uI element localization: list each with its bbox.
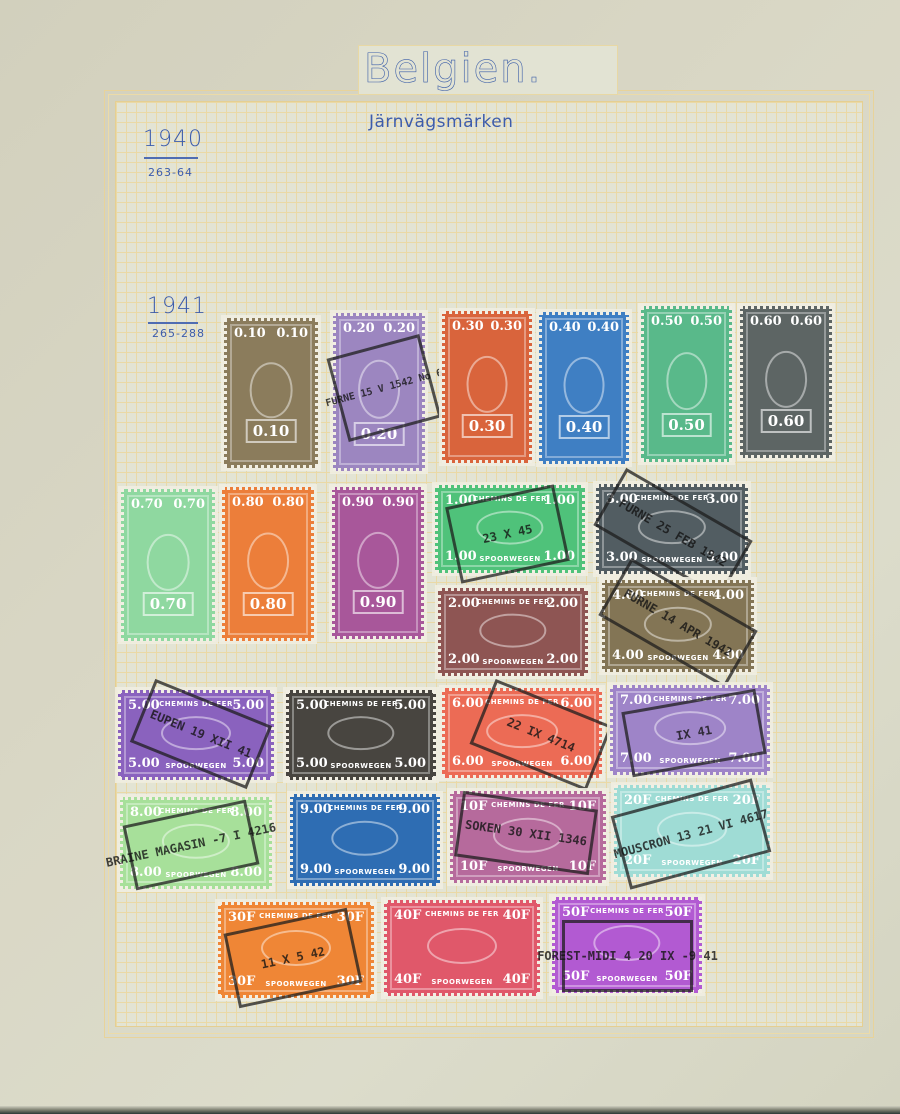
stamp-value-label: 0.90 xyxy=(340,495,376,511)
stamp-2-00: 2.002.002.002.00CHEMINS DE FERSPOORWEGEN xyxy=(438,588,588,676)
coat-of-arms-icon xyxy=(357,532,399,589)
stamp-value-center: 0.80 xyxy=(243,592,294,616)
stamp-value-label: 30F xyxy=(226,910,257,926)
stamp-top-label: CHEMINS DE FER xyxy=(476,598,550,606)
stamp-value-label: 0.80 xyxy=(230,495,266,511)
coat-of-arms-icon xyxy=(247,533,289,590)
stamp-bottom-label: SPOORWEGEN xyxy=(334,868,395,876)
stamp-value-label: 0.70 xyxy=(171,497,207,513)
year-underline xyxy=(148,322,198,324)
stamp-0-70: 0.700.700.70 xyxy=(121,489,215,641)
section-year-1940: 1940 xyxy=(143,127,203,152)
stamp-value-label: 9.00 xyxy=(396,862,432,878)
stamp-40F: 40F40F40F40FCHEMINS DE FERSPOORWEGEN xyxy=(384,900,540,996)
stamp-value-label: 2.00 xyxy=(446,652,482,668)
stamp-value-label: 3.00 xyxy=(704,492,740,508)
stamp-value-label: 0.30 xyxy=(488,319,524,335)
stamp-value-center: 0.10 xyxy=(246,419,297,443)
stamp-value-label: 0.40 xyxy=(547,320,583,336)
stamp-bottom-label: SPOORWEGEN xyxy=(330,762,391,770)
stamp-value-label: 0.10 xyxy=(232,326,268,342)
coat-of-arms-icon xyxy=(765,351,807,408)
page-title: Belgien. xyxy=(364,46,542,92)
stamp-top-label: CHEMINS DE FER xyxy=(324,700,398,708)
coat-of-arms-icon xyxy=(427,928,497,964)
stamp-top-label: CHEMINS DE FER xyxy=(425,910,499,918)
stamp-value-label: 10F xyxy=(458,859,489,875)
stamp-value-center: 0.70 xyxy=(143,592,194,616)
postmark-cancel: FOREST-MIDI 4 20 IX -9 41 xyxy=(562,920,693,992)
stamp-value-label: 40F xyxy=(501,908,532,924)
stamp-value-label: 2.00 xyxy=(544,652,580,668)
stamp-0-60: 0.600.600.60 xyxy=(740,306,832,458)
stamp-value-label: 0.80 xyxy=(270,495,306,511)
stamp-value-label: 50F xyxy=(663,905,694,921)
stamp-value-center: 0.40 xyxy=(559,415,610,439)
stamp-0-50: 0.500.500.50 xyxy=(641,306,732,462)
coat-of-arms-icon xyxy=(467,356,508,413)
stamp-value-label: 0.90 xyxy=(380,495,416,511)
coat-of-arms-icon xyxy=(331,821,398,856)
stamp-value-label: 0.50 xyxy=(649,314,685,330)
stamp-value-center: 0.60 xyxy=(761,409,812,433)
stamp-value-label: 6.00 xyxy=(450,696,486,712)
stamp-value-label: 0.50 xyxy=(688,314,724,330)
coat-of-arms-icon xyxy=(666,352,707,410)
stamp-top-label: CHEMINS DE FER xyxy=(328,804,402,812)
stamp-value-label: 4.00 xyxy=(710,588,746,604)
catalog-range-1941: 265-288 xyxy=(152,327,205,340)
stamp-bottom-label: SPOORWEGEN xyxy=(431,978,492,986)
stamp-value-label: 40F xyxy=(501,972,532,988)
stamp-value-label: 40F xyxy=(392,908,423,924)
stamp-value-label: 0.20 xyxy=(381,321,417,337)
stamp-value-label: 0.60 xyxy=(748,314,784,330)
stamp-value-label: 5.00 xyxy=(392,756,428,772)
year-underline xyxy=(144,157,198,159)
stamp-value-label: 0.10 xyxy=(274,326,310,342)
stamp-value-label: 9.00 xyxy=(298,862,334,878)
section-year-1941: 1941 xyxy=(147,294,207,319)
stamp-value-label: 0.20 xyxy=(341,321,377,337)
stamp-value-label: 0.30 xyxy=(450,319,486,335)
stamp-bottom-label: SPOORWEGEN xyxy=(482,658,543,666)
stamp-0-80: 0.800.800.80 xyxy=(222,487,314,641)
stamp-0-90: 0.900.900.90 xyxy=(332,487,424,639)
stamp-5-00: 5.005.005.005.00CHEMINS DE FERSPOORWEGEN xyxy=(286,690,436,780)
album-bottom-edge xyxy=(0,1106,900,1114)
coat-of-arms-icon xyxy=(479,614,546,648)
stamp-value-label: 4.00 xyxy=(610,648,646,664)
stamp-value-label: 0.70 xyxy=(129,497,165,513)
coat-of-arms-icon xyxy=(564,357,605,414)
stamp-0-40: 0.400.400.40 xyxy=(539,312,629,464)
stamp-value-center: 0.30 xyxy=(462,414,513,438)
stamp-value-label: 40F xyxy=(392,972,423,988)
stamp-0-30: 0.300.300.30 xyxy=(442,311,532,463)
stamp-value-label: 5.00 xyxy=(126,756,162,772)
stamp-9-00: 9.009.009.009.00CHEMINS DE FERSPOORWEGEN xyxy=(290,794,440,886)
stamp-value-label: 6.00 xyxy=(450,754,486,770)
stamp-value-label: 0.40 xyxy=(585,320,621,336)
stamp-value-center: 0.90 xyxy=(353,590,404,614)
coat-of-arms-icon xyxy=(147,534,190,591)
stamp-value-label: 5.00 xyxy=(294,756,330,772)
coat-of-arms-icon xyxy=(250,362,293,418)
page-subtitle: Järnvägsmärken xyxy=(369,112,513,132)
catalog-range-1940: 263-64 xyxy=(148,166,193,179)
stamp-top-label: CHEMINS DE FER xyxy=(590,907,664,915)
stamp-value-label: 50F xyxy=(560,905,591,921)
stamp-value-center: 0.50 xyxy=(661,413,712,437)
stamp-0-10: 0.100.100.10 xyxy=(224,318,318,468)
stamp-value-label: 0.60 xyxy=(788,314,824,330)
